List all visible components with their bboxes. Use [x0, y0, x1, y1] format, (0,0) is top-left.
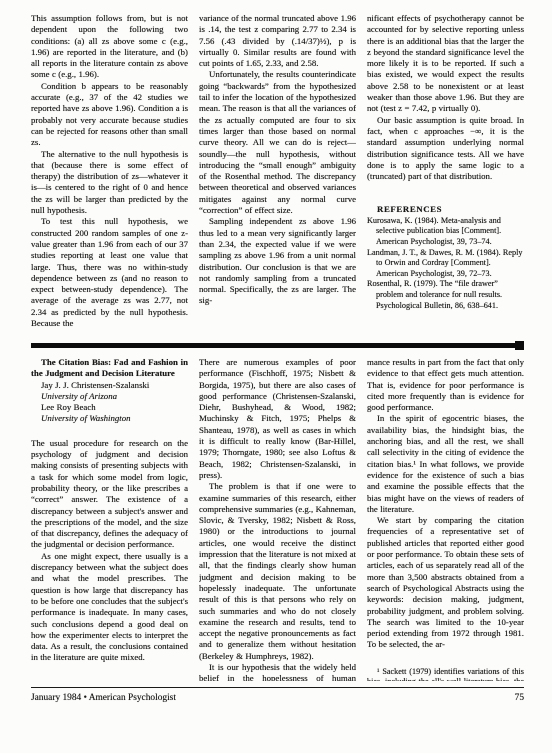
paragraph: This assumption follows from, but is not… — [31, 13, 188, 81]
author-name: Jay J. J. Christensen-Szalanski — [31, 380, 188, 391]
references-section: REFERENCES Kurosawa, K. (1984). Meta-ana… — [367, 204, 524, 311]
article2-title-block: The Citation Bias: Fad and Fashion in th… — [31, 357, 188, 425]
page-footer: January 1984 • American Psychologist 75 — [31, 687, 524, 703]
paragraph: The problem is that if one were to exami… — [199, 481, 356, 662]
paragraph: variance of the normal truncated above 1… — [199, 13, 356, 69]
reference-entry: Landman, J. T., & Dawes, R. M. (1984). R… — [367, 248, 524, 280]
article2-column1: The Citation Bias: Fad and Fashion in th… — [31, 357, 188, 681]
end-of-article-marker — [515, 341, 524, 350]
article2: The Citation Bias: Fad and Fashion in th… — [31, 357, 524, 681]
paragraph: There are numerous examples of poor perf… — [199, 357, 356, 481]
footnote: ¹ Sackett (1979) identifies variations o… — [367, 667, 524, 681]
article2-column2: There are numerous examples of poor perf… — [199, 357, 356, 681]
paragraph: In the spirit of egocentric biases, the … — [367, 413, 524, 515]
page-number: 75 — [515, 693, 524, 703]
footer-row: January 1984 • American Psychologist 75 — [31, 688, 524, 703]
paragraph: Unfortunately, the results counterindica… — [199, 69, 356, 216]
author-affiliation: University of Arizona — [31, 391, 188, 402]
paragraph: nificant effects of psychotherapy cannot… — [367, 13, 524, 115]
paragraph: Condition b appears to be reasonably acc… — [31, 81, 188, 149]
paragraph: The usual procedure for research on the … — [31, 438, 188, 551]
article1-column3: nificant effects of psychotherapy cannot… — [367, 13, 524, 340]
reference-entry: Kurosawa, K. (1984). Meta-analysis and s… — [367, 216, 524, 248]
paragraph: We start by comparing the citation frequ… — [367, 515, 524, 651]
paragraph: The alternative to the null hypothesis i… — [31, 149, 188, 217]
paragraph: mance results in part from the fact that… — [367, 357, 524, 413]
article-divider-rule — [31, 343, 524, 348]
article2-column3: mance results in part from the fact that… — [367, 357, 524, 681]
paragraph: Our basic assumption is quite broad. In … — [367, 115, 524, 183]
author-affiliation: University of Washington — [31, 413, 188, 424]
paragraph: It is our hypothesis that the widely hel… — [199, 662, 356, 681]
references-heading: REFERENCES — [367, 204, 524, 215]
article-title: The Citation Bias: Fad and Fashion in th… — [31, 357, 188, 380]
author-name: Lee Roy Beach — [31, 402, 188, 413]
article1-continuation: This assumption follows from, but is not… — [31, 13, 524, 340]
journal-page: This assumption follows from, but is not… — [0, 0, 552, 753]
footnote-section: ¹ Sackett (1979) identifies variations o… — [367, 667, 524, 681]
article1-column2: variance of the normal truncated above 1… — [199, 13, 356, 340]
paragraph: To test this null hypothesis, we constru… — [31, 216, 188, 329]
article1-column1: This assumption follows from, but is not… — [31, 13, 188, 340]
footer-journal-info: January 1984 • American Psychologist — [31, 693, 176, 703]
reference-entry: Rosenthal, R. (1979). The “file drawer” … — [367, 279, 524, 311]
paragraph: Sampling independent zs above 1.96 thus … — [199, 216, 356, 306]
paragraph: As one might expect, there usually is a … — [31, 551, 188, 664]
